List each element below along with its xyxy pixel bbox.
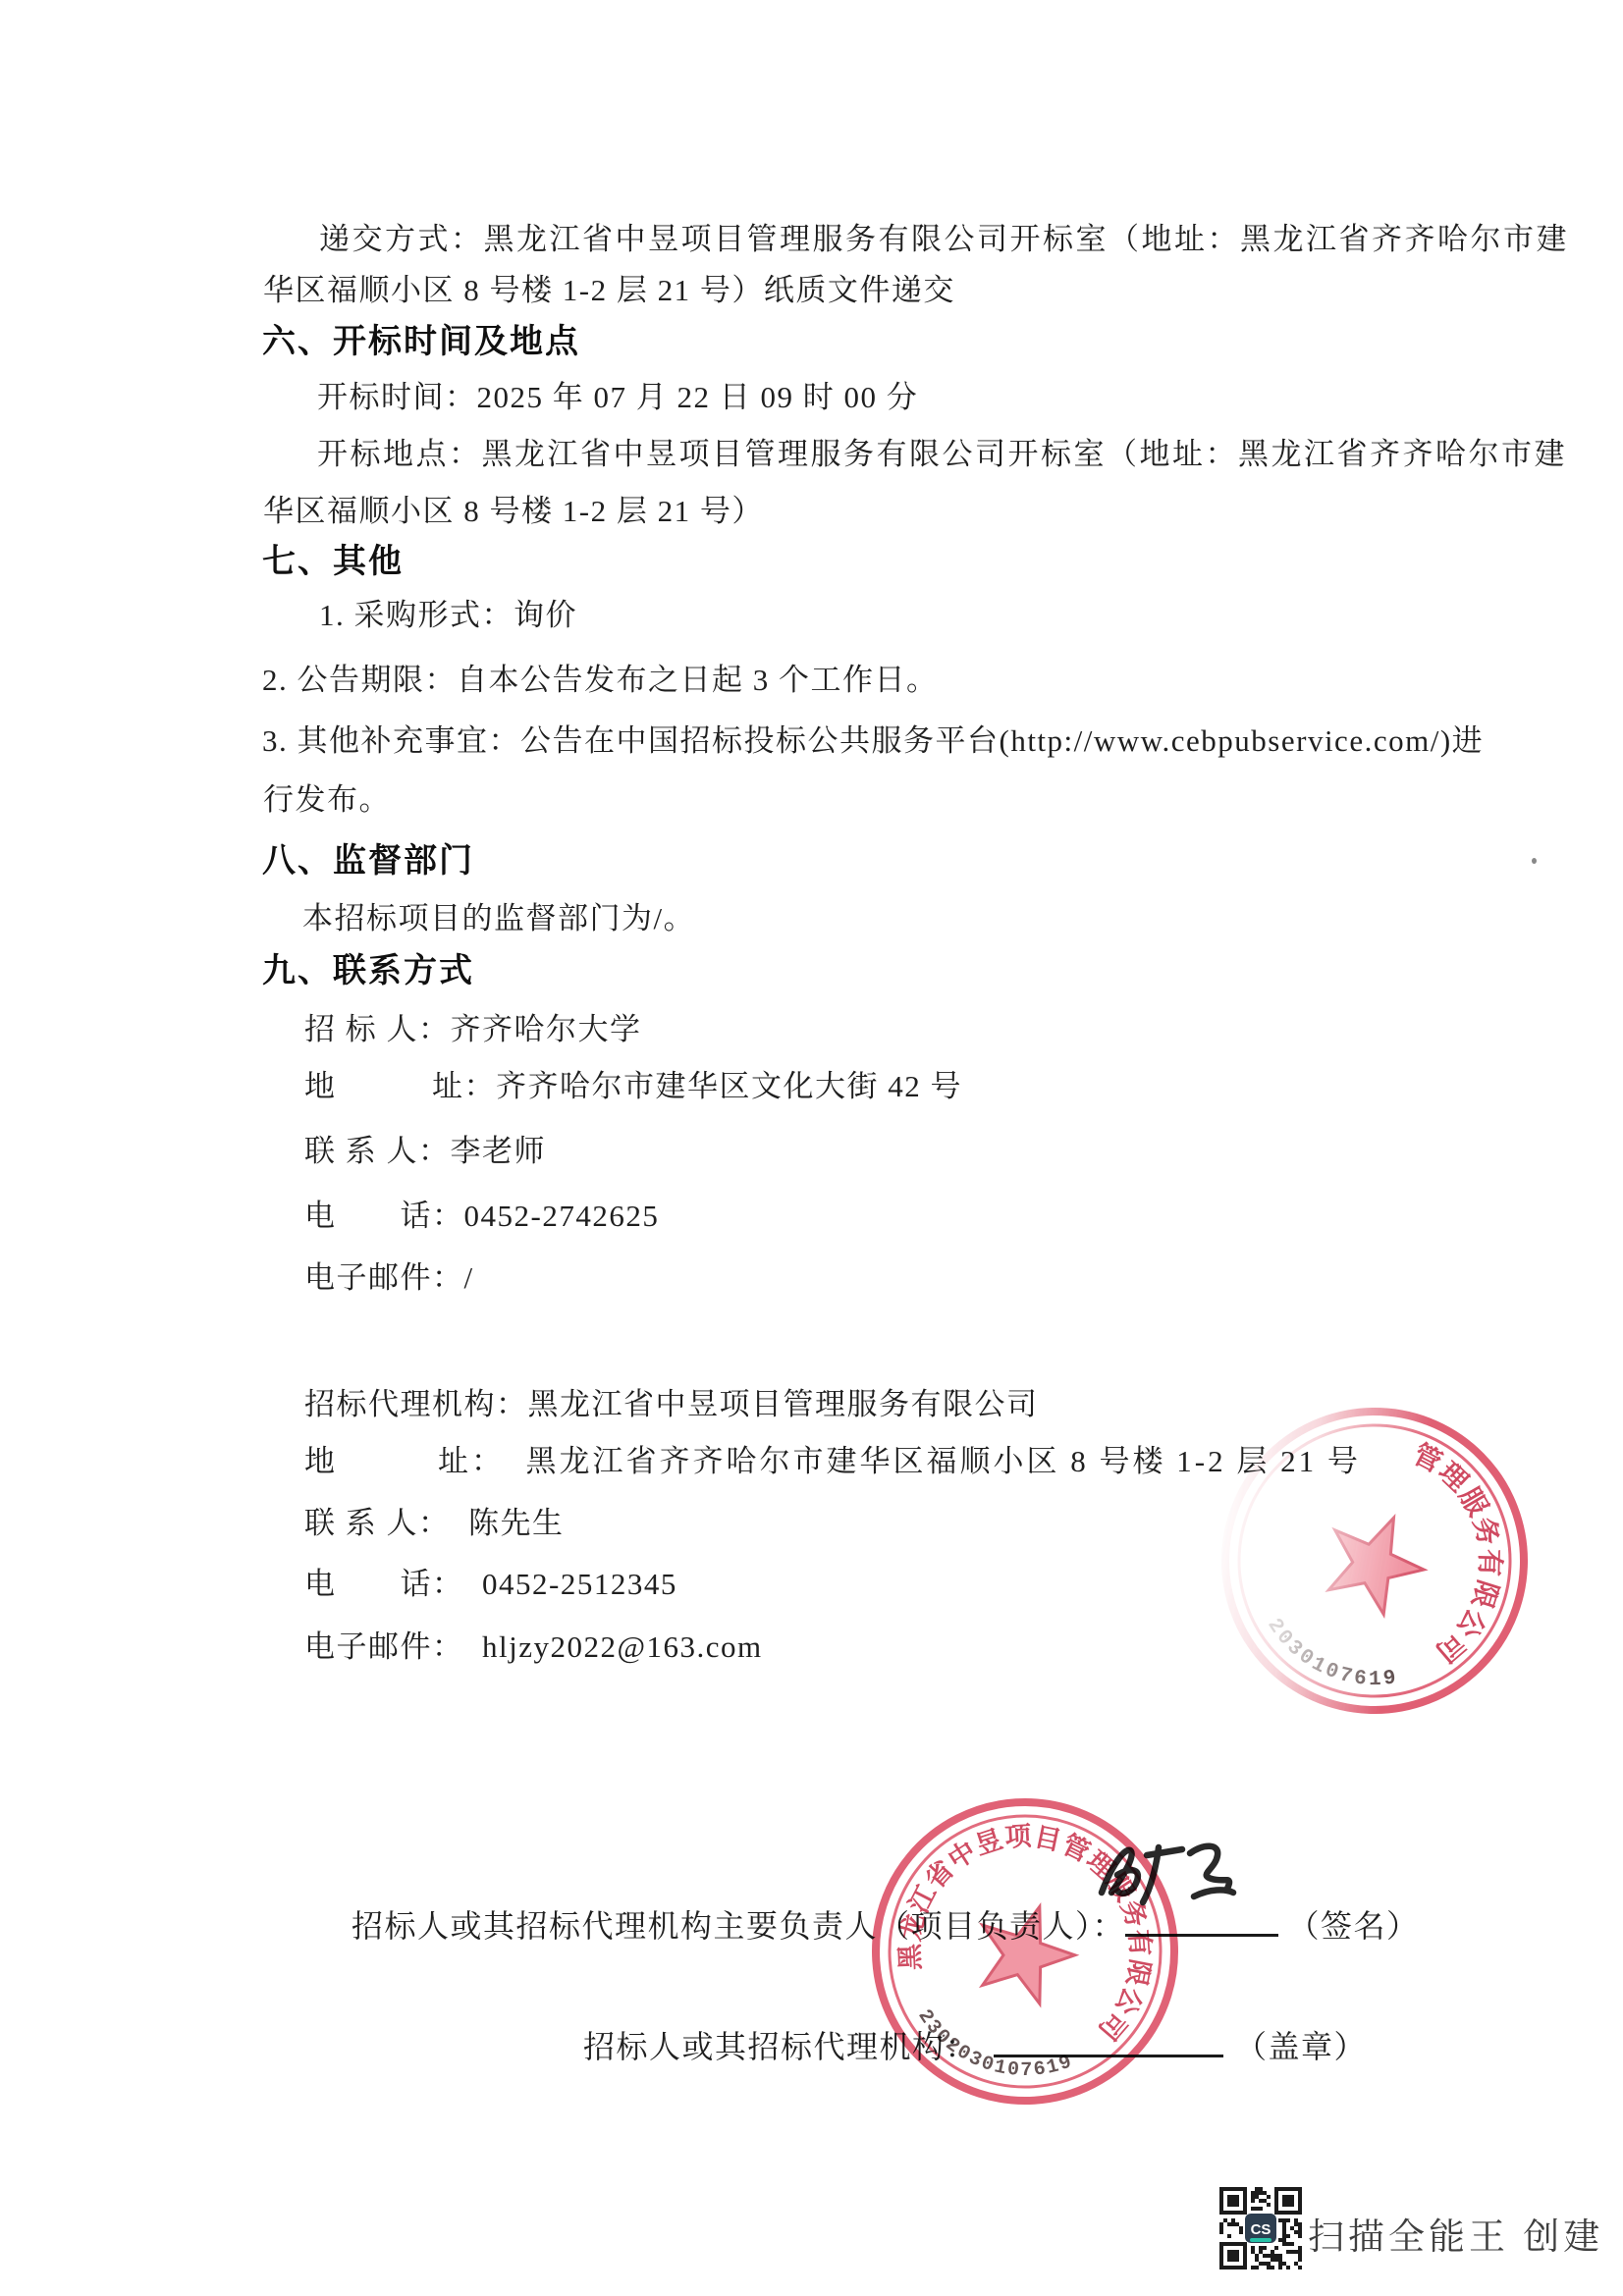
agency-name-line: 招标代理机构：黑龙江省中昱项目管理服务有限公司 [304, 1388, 1039, 1420]
section-heading-bid-opening: 六、开标时间及地点 [262, 324, 580, 359]
seal-code-text: 2302030107619 [902, 2002, 1082, 2103]
seal-star-icon [1312, 1498, 1438, 1622]
stamp-suffix-label: （盖章） [1235, 2029, 1367, 2064]
supervision-department-line: 本招标项目的监督部门为/。 [302, 902, 695, 934]
camscanner-qr-code: CS [1219, 2187, 1302, 2269]
announcement-period-line: 2. 公告期限：自本公告发布之日起 3 个工作日。 [262, 664, 939, 696]
handwritten-signature [1088, 1832, 1255, 1925]
svg-text:2302030107619: 2302030107619 [902, 2002, 1082, 2103]
tenderer-name-line: 招 标 人：齐齐哈尔大学 [304, 1013, 642, 1045]
section-heading-supervision: 八、监督部门 [262, 843, 474, 879]
tenderer-contact-line: 联 系 人：李老师 [304, 1135, 546, 1167]
section-heading-contact: 九、联系方式 [262, 953, 474, 988]
svg-text:CS: CS [1251, 2221, 1271, 2238]
bid-opening-time-line: 开标时间：2025 年 07 月 22 日 09 时 00 分 [317, 381, 918, 413]
agency-phone-line: 电 话： 0452-2512345 [304, 1568, 677, 1600]
submission-method-line-1: 递交方式：黑龙江省中昱项目管理服务有限公司开标室（地址：黑龙江省齐齐哈尔市建 [319, 223, 1569, 255]
agency-email-line: 电子邮件： hljzy2022@163.com [304, 1630, 763, 1663]
tenderer-address-line: 地 址：齐齐哈尔市建华区文化大街 42 号 [304, 1070, 962, 1102]
camscanner-caption: 扫描全能王 创建 [1308, 2207, 1603, 2260]
agency-company-seal-partial: 管理服务有限公司 2030107619 [1208, 1394, 1542, 1728]
agency-address-line: 地 址： 黑龙江省齐齐哈尔市建华区福顺小区 8 号楼 1-2 层 21 号 [304, 1445, 1361, 1477]
procurement-form-line: 1. 采购形式：询价 [319, 599, 577, 631]
section-heading-others: 七、其他 [262, 544, 404, 579]
signature-suffix-label: （签名） [1288, 1908, 1420, 1944]
bid-opening-place-line-1: 开标地点：黑龙江省中昱项目管理服务有限公司开标室（地址：黑龙江省齐齐哈尔市建 [317, 438, 1567, 470]
bid-opening-place-line-2: 华区福顺小区 8 号楼 1-2 层 21 号） [263, 495, 764, 527]
tenderer-email-line: 电子邮件：/ [304, 1261, 474, 1294]
camscanner-logo-icon: CS [1245, 2214, 1276, 2243]
supplementary-matters-line-2: 行发布。 [263, 783, 391, 816]
scan-speck [1532, 858, 1537, 864]
tenderer-phone-line: 电 话：0452-2742625 [304, 1200, 659, 1232]
scanned-tender-document-page: 递交方式：黑龙江省中昱项目管理服务有限公司开标室（地址：黑龙江省齐齐哈尔市建 华… [0, 0, 1623, 2296]
supplementary-matters-line-1: 3. 其他补充事宜：公告在中国招标投标公共服务平台(http://www.ceb… [262, 724, 1484, 757]
submission-method-line-2: 华区福顺小区 8 号楼 1-2 层 21 号）纸质文件递交 [263, 274, 955, 306]
agency-contact-line: 联 系 人： 陈先生 [304, 1507, 565, 1539]
seal-star-icon [965, 1892, 1086, 2009]
